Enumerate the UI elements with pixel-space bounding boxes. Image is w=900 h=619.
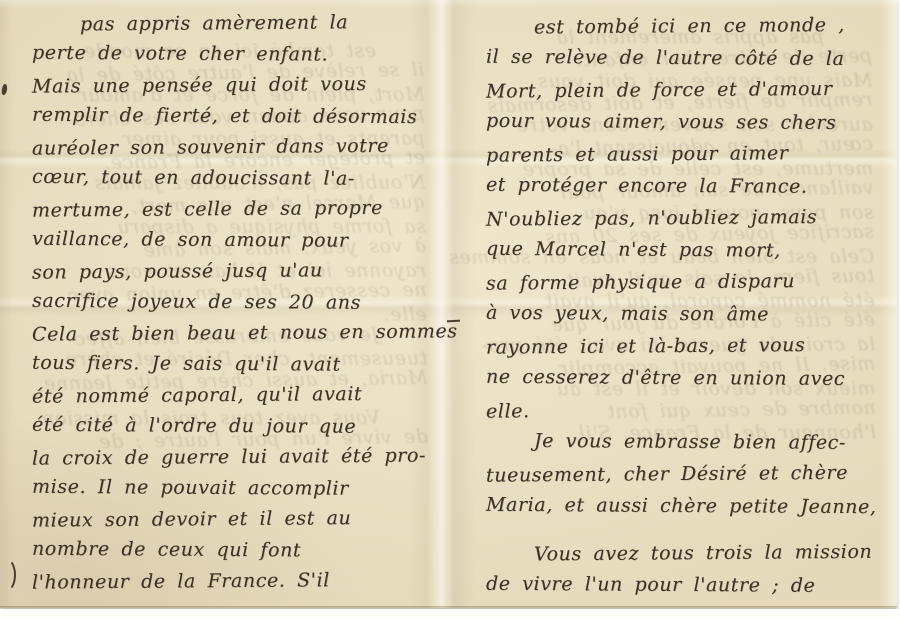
letter-line: mieux son devoir et il est au bbox=[32, 502, 440, 536]
letter-line: pas appris amèrement la bbox=[80, 7, 440, 41]
scanned-letter: est tombé ici en ce monde ,il se relève … bbox=[0, 0, 900, 619]
scan-background bbox=[0, 609, 900, 619]
letter-line: Cela est bien beau et nous en sommes bbox=[32, 316, 440, 350]
letter-line: Maria, et aussi chère petite Jeanne, bbox=[486, 489, 890, 523]
letter-line: été nommé caporal, qu'il avait bbox=[32, 378, 440, 412]
letter-line: parents et aussi pour aimer bbox=[486, 136, 890, 171]
letter-line: son pays, poussé jusq u'au bbox=[32, 254, 440, 288]
letter-line: pour vous aimer, vous ses chers bbox=[486, 105, 890, 139]
letter-line: perte de votre cher enfant. bbox=[32, 38, 440, 71]
letter-page-left: pas appris amèrement laperte de votre ch… bbox=[32, 8, 440, 597]
letter-line: vaillance, de son amour pour bbox=[32, 224, 440, 257]
letter-line: Mais une pensée qui doit vous bbox=[32, 68, 440, 102]
letter-line: mertume, est celle de sa propre bbox=[32, 192, 440, 226]
letter-line: de vivre l'un pour l'autre ; de bbox=[486, 568, 890, 602]
letter-line: il se relève de l'autre côté de la bbox=[486, 41, 890, 75]
letter-line: à vos yeux, mais son âme bbox=[486, 297, 890, 331]
letter-line: auréoler son souvenir dans votre bbox=[32, 130, 440, 164]
letter-line: Vous avez tous trois la mission bbox=[534, 536, 890, 571]
letter-line: l'honneur de la France. S'il bbox=[32, 564, 440, 598]
letter-line: tous fiers. Je sais qu'il avait bbox=[32, 348, 440, 381]
letter-line: elle. bbox=[486, 392, 890, 427]
letter-line: tueusement, cher Désiré et chère bbox=[486, 456, 890, 491]
letter-line: rayonne ici et là-bas, et vous bbox=[486, 328, 890, 363]
letter-line: est tombé ici en ce monde , bbox=[534, 9, 890, 44]
letter-line: sacrifice joyeux de ses 20 ans bbox=[32, 286, 440, 319]
letter-line: sa forme physique a disparu bbox=[486, 264, 890, 299]
letter-line: que Marcel n'est pas mort, bbox=[486, 233, 890, 267]
letter-line: ne cesserez d'être en union avec bbox=[486, 361, 890, 395]
letter-page-right: est tombé ici en ce monde ,il se relève … bbox=[486, 10, 890, 601]
letter-line: remplir de fierté, et doit désormais bbox=[32, 100, 440, 133]
letter-line: Je vous embrasse bien affec- bbox=[534, 425, 890, 459]
letter-line: cœur, tout en adoucissant l'a- bbox=[32, 162, 440, 195]
letter-line: et protéger encore la France. bbox=[486, 169, 890, 203]
letter-line: la croix de guerre lui avait été pro- bbox=[32, 440, 440, 474]
letter-line: Mort, plein de force et d'amour bbox=[486, 72, 890, 107]
letter-line: N'oubliez pas, n'oubliez jamais bbox=[486, 200, 890, 235]
letter-line: nombre de ceux qui font bbox=[32, 534, 440, 567]
letter-line: mise. Il ne pouvait accomplir bbox=[32, 472, 440, 505]
letter-line: été cité à l'ordre du jour que bbox=[32, 410, 440, 443]
